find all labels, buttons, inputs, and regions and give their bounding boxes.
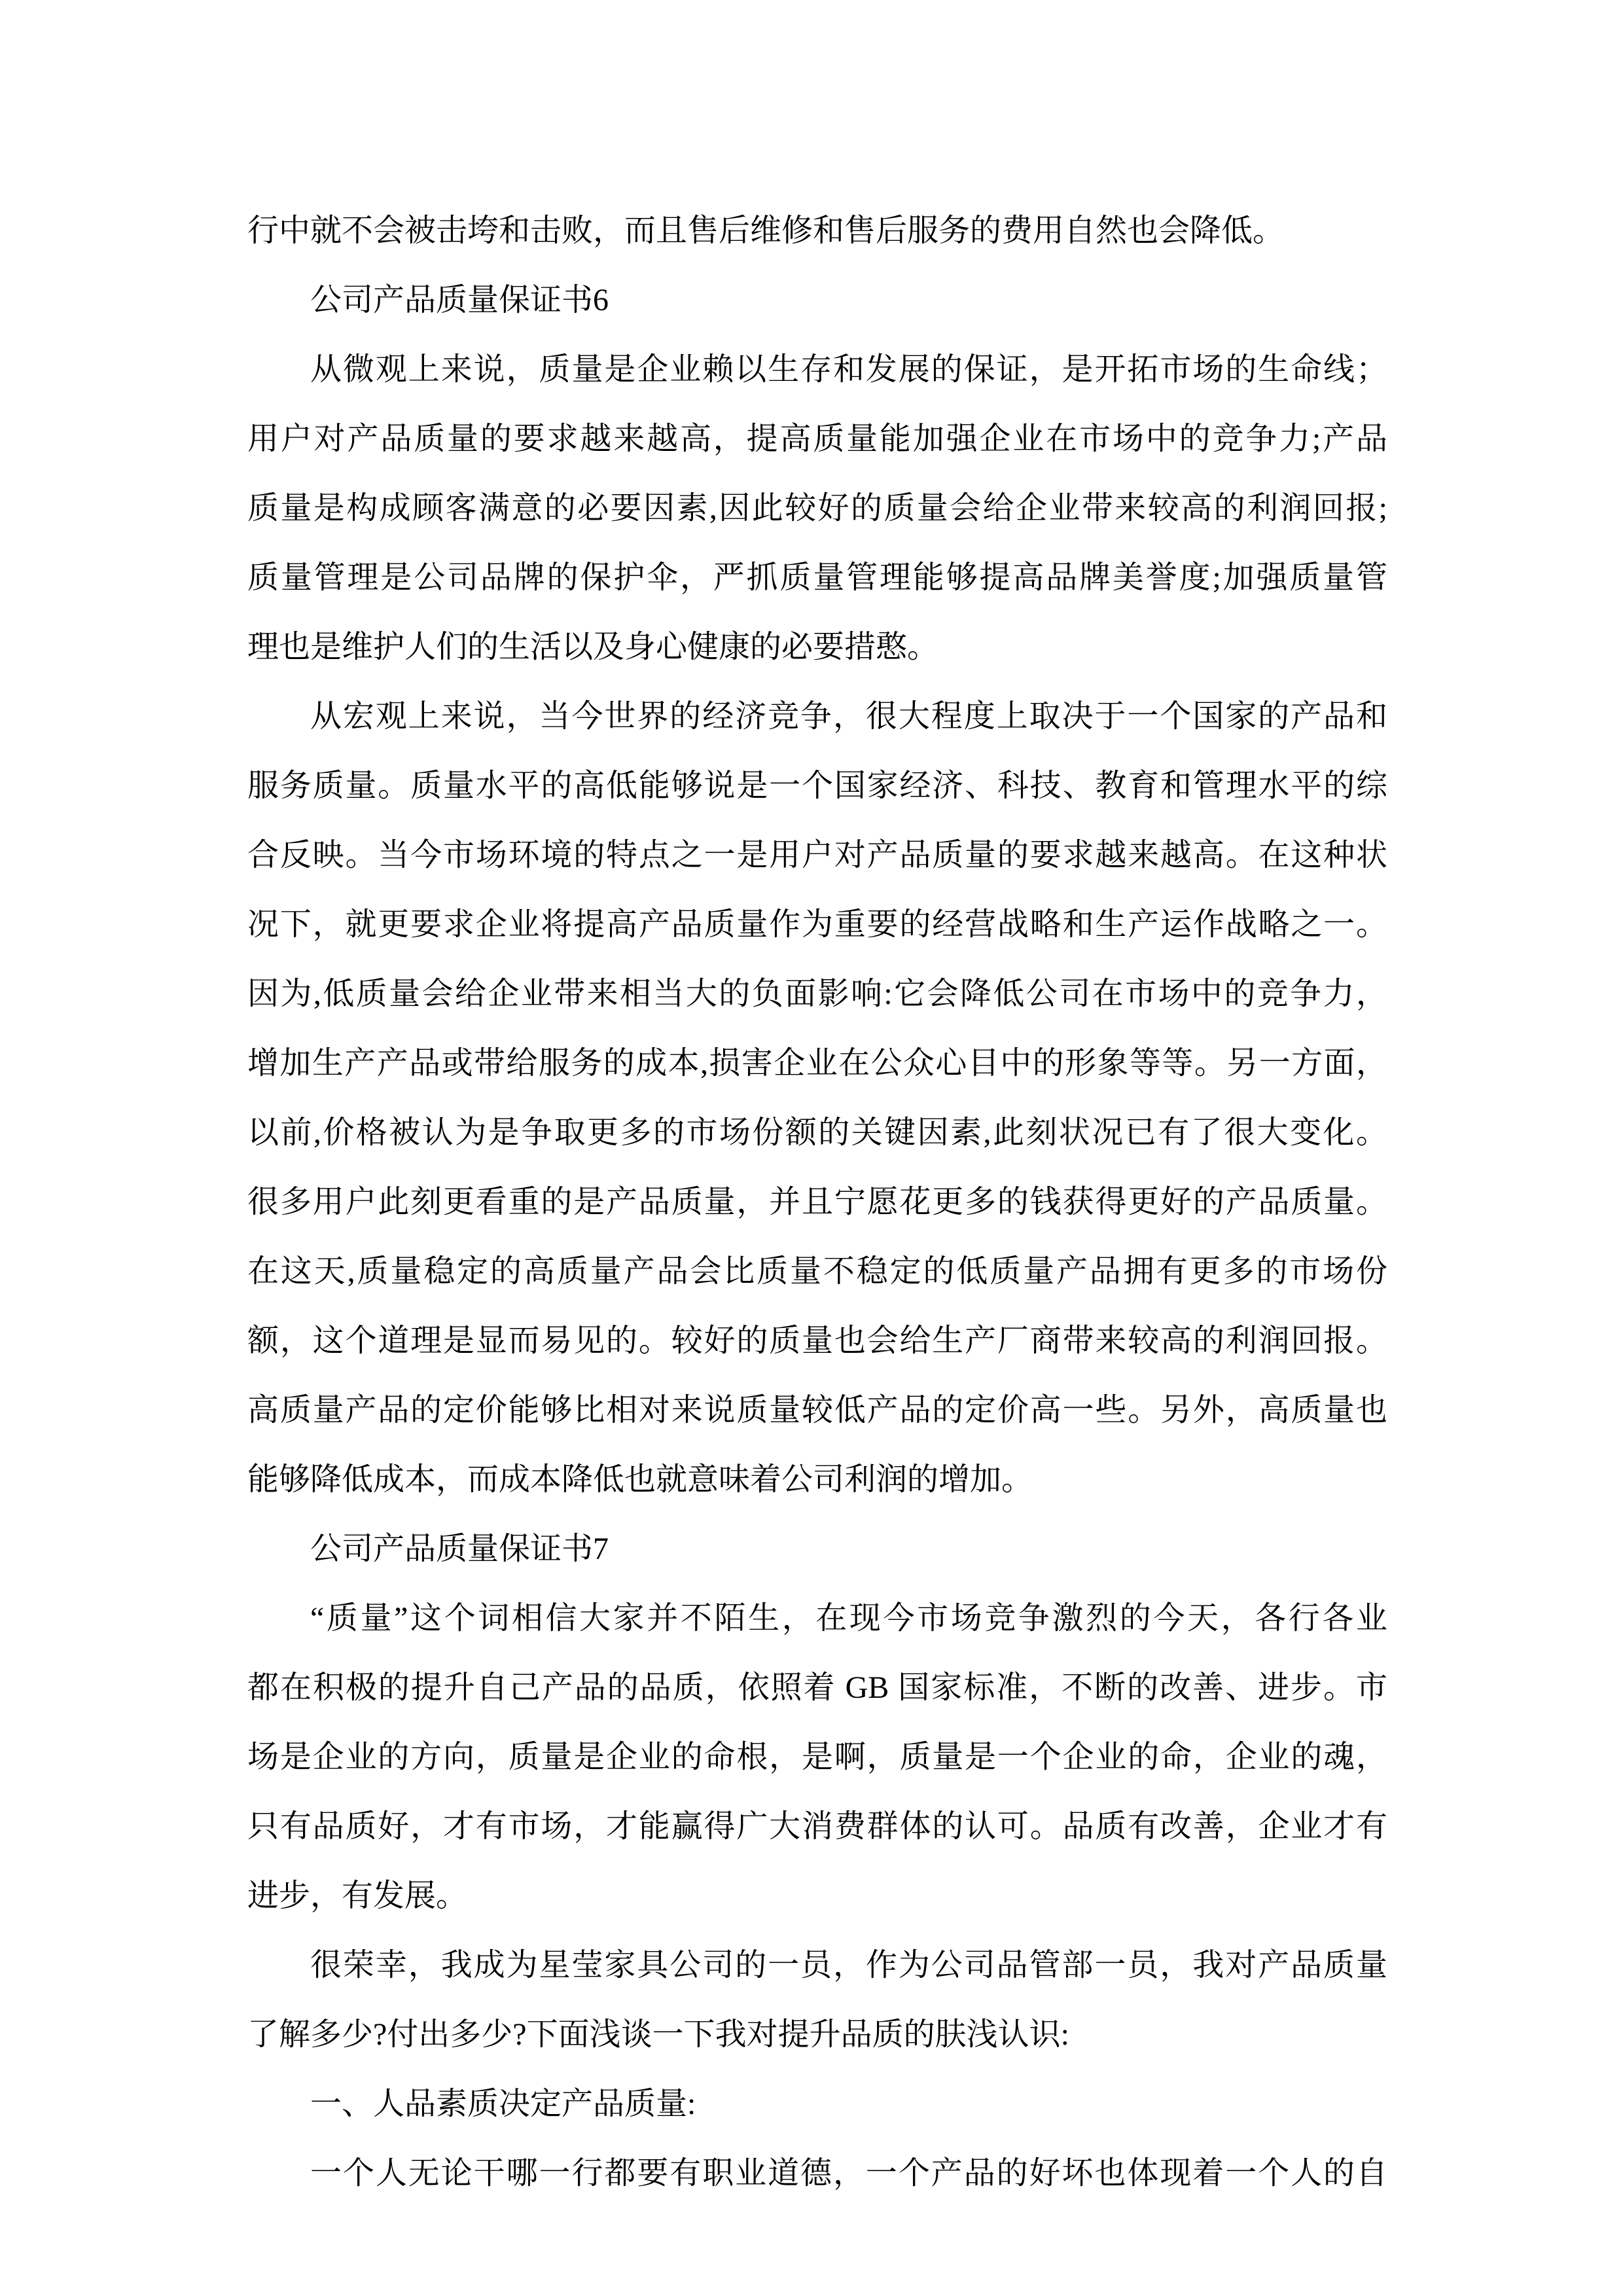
text-line: 公司产品质量保证书6 xyxy=(247,266,1387,335)
text-line: 一、人品素质决定产品质量: xyxy=(247,2070,1387,2139)
text-line: 行中就不会被击垮和击败，而且售后维修和售后服务的费用自然也会降低。 xyxy=(247,196,1387,266)
text-line: 高质量产品的定价能够比相对来说质量较低产品的定价高一些。另外，高质量也 xyxy=(247,1376,1387,1445)
text-line: 理也是维护人们的生活以及身心健康的必要措憨。 xyxy=(247,613,1387,682)
text-line: 从宏观上来说，当今世界的经济竞争，很大程度上取决于一个国家的产品和 xyxy=(247,682,1387,751)
text-line: 公司产品质量保证书7 xyxy=(247,1515,1387,1584)
text-line: 因为,低质量会给企业带来相当大的负面影响:它会降低公司在市场中的竞争力， xyxy=(247,960,1387,1029)
text-line: 质量管理是公司品牌的保护伞，严抓质量管理能够提高品牌美誉度;加强质量管 xyxy=(247,543,1387,613)
text-line: 很荣幸，我成为星莹家具公司的一员，作为公司品管部一员，我对产品质量 xyxy=(247,1931,1387,2000)
text-line: 能够降低成本，而成本降低也就意味着公司利润的增加。 xyxy=(247,1445,1387,1515)
text-line: 都在积极的提升自己产品的品质，依照着 GB 国家标准，不断的改善、进步。市 xyxy=(247,1653,1387,1723)
text-line: 以前,价格被认为是争取更多的市场份额的关键因素,此刻状况已有了很大变化。 xyxy=(247,1098,1387,1168)
text-line: 增加生产产品或带给服务的成本,损害企业在公众心目中的形象等等。另一方面， xyxy=(247,1029,1387,1098)
text-line: 额，这个道理是显而易见的。较好的质量也会给生产厂商带来较高的利润回报。 xyxy=(247,1306,1387,1376)
text-line: “质量”这个词相信大家并不陌生，在现今市场竞争激烈的今天，各行各业 xyxy=(247,1584,1387,1653)
text-line: 很多用户此刻更看重的是产品质量，并且宁愿花更多的钱获得更好的产品质量。 xyxy=(247,1168,1387,1237)
text-line: 了解多少?付出多少?下面浅谈一下我对提升品质的肤浅认识: xyxy=(247,2000,1387,2070)
document-page: 行中就不会被击垮和击败，而且售后维修和售后服务的费用自然也会降低。公司产品质量保… xyxy=(0,0,1623,2296)
text-line: 进步，有发展。 xyxy=(247,1861,1387,1931)
text-line: 合反映。当今市场环境的特点之一是用户对产品质量的要求越来越高。在这种状 xyxy=(247,821,1387,890)
text-line: 一个人无论干哪一行都要有职业道德，一个产品的好坏也体现着一个人的自 xyxy=(247,2139,1387,2208)
text-line: 用户对产品质量的要求越来越高，提高质量能加强企业在市场中的竞争力;产品 xyxy=(247,404,1387,474)
text-line: 况下，就更要求企业将提高产品质量作为重要的经营战略和生产运作战略之一。 xyxy=(247,890,1387,960)
text-line: 从微观上来说，质量是企业赖以生存和发展的保证，是开拓市场的生命线； xyxy=(247,335,1387,404)
text-line: 场是企业的方向，质量是企业的命根，是啊，质量是一个企业的命，企业的魂， xyxy=(247,1723,1387,1792)
document-text: 行中就不会被击垮和击败，而且售后维修和售后服务的费用自然也会降低。公司产品质量保… xyxy=(247,196,1387,2208)
text-line: 只有品质好，才有市场，才能赢得广大消费群体的认可。品质有改善，企业才有 xyxy=(247,1792,1387,1861)
text-line: 在这天,质量稳定的高质量产品会比质量不稳定的低质量产品拥有更多的市场份 xyxy=(247,1237,1387,1306)
text-line: 质量是构成顾客满意的必要因素,因此较好的质量会给企业带来较高的利润回报; xyxy=(247,474,1387,543)
text-line: 服务质量。质量水平的高低能够说是一个国家经济、科技、教育和管理水平的综 xyxy=(247,751,1387,821)
